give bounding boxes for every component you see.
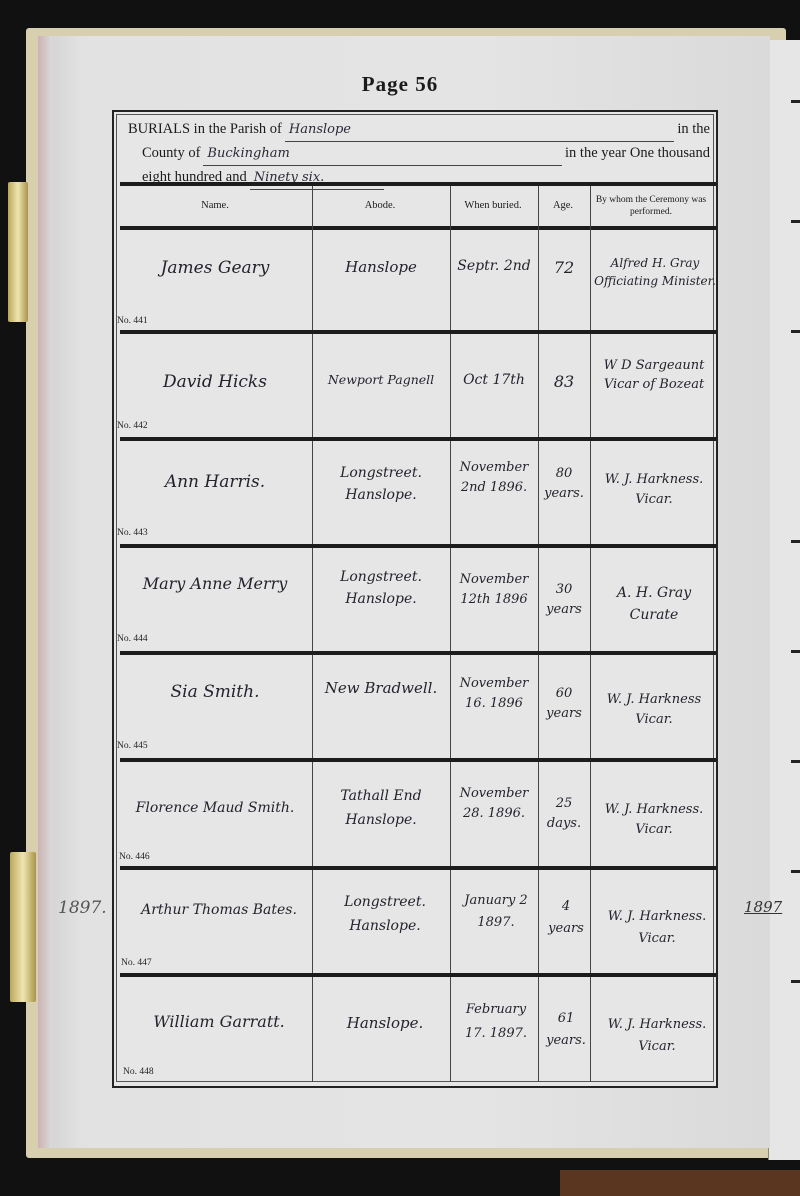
entry-name: Florence Maud Smith. <box>118 800 312 816</box>
row-rule <box>120 973 716 977</box>
column-divider <box>538 186 539 1082</box>
entry-age: 61 years. <box>542 1008 590 1052</box>
entry-when-buried: January 2 1897. <box>454 890 538 934</box>
header-suffix-1: in the <box>677 118 710 140</box>
column-header-name: Name. <box>118 186 312 226</box>
entry-officiant: Alfred H. Gray Officiating Minister. <box>592 254 718 290</box>
entry-name: Ann Harris. <box>122 472 308 492</box>
entry-when-buried: November 2nd 1896. <box>452 458 536 498</box>
entry-officiant: A. H. Gray Curate <box>594 582 714 626</box>
entry-number: No. 444 <box>117 634 148 644</box>
entry-number: No. 447 <box>121 958 152 968</box>
entry-number: No. 445 <box>117 741 148 751</box>
entry-age: 60 years <box>540 684 588 724</box>
entry-abode: Longstreet. Hanslope. <box>316 566 446 610</box>
entry-abode: Tathall End Hanslope. <box>316 784 446 832</box>
entry-name: Sia Smith. <box>122 682 308 702</box>
entry-when-buried: Septr. 2nd <box>452 258 536 274</box>
header-parish-label: BURIALS in the Parish of <box>128 118 282 140</box>
binding-tab-top <box>8 182 28 322</box>
entry-age: 30 years <box>540 580 588 620</box>
register-header: BURIALS in the Parish of Hanslope in the… <box>128 118 710 190</box>
entry-officiant: W. J. Harkness Vicar. <box>594 690 714 730</box>
entry-when-buried: November 16. 1896 <box>452 674 536 714</box>
row-rule <box>120 651 716 655</box>
entry-abode: Longstreet. Hanslope. <box>320 890 450 938</box>
entry-abode: New Bradwell. <box>316 676 446 700</box>
entry-name: William Garratt. <box>122 1012 316 1031</box>
entry-number: No. 448 <box>123 1067 154 1077</box>
entry-officiant: W. J. Harkness. Vicar. <box>596 906 718 950</box>
entry-when-buried: November 12th 1896 <box>452 570 536 610</box>
entry-name: Arthur Thomas Bates. <box>122 902 316 918</box>
entry-abode: Longstreet. Hanslope. <box>316 462 446 506</box>
entry-number: No. 441 <box>117 316 148 326</box>
row-rule <box>120 544 716 548</box>
table-surface <box>560 1170 800 1196</box>
margin-note-year-left: 1897. <box>58 898 107 918</box>
entry-name: David Hicks <box>122 372 308 392</box>
parish-field: Hanslope <box>285 119 675 142</box>
entry-number: No. 442 <box>117 421 148 431</box>
column-divider <box>450 186 451 1082</box>
entry-officiant: W. J. Harkness. Vicar. <box>594 800 714 840</box>
binding-tab-bottom <box>10 852 36 1002</box>
entry-officiant: W. J. Harkness. Vicar. <box>594 470 714 510</box>
column-header-rule <box>120 226 716 230</box>
entry-name: Mary Anne Merry <box>122 574 308 593</box>
entry-age: 4 years <box>542 896 590 940</box>
entry-abode: Hanslope <box>316 258 446 276</box>
header-county-label: County of <box>142 142 200 164</box>
page-title: Page 56 <box>0 72 800 97</box>
column-divider <box>590 186 591 1082</box>
header-suffix-2: in the year One thousand <box>565 142 710 164</box>
entry-abode: Hanslope. <box>320 1014 450 1032</box>
entry-age: 25 days. <box>540 794 588 834</box>
row-rule <box>120 437 716 441</box>
column-header-abode: Abode. <box>312 186 448 226</box>
entry-officiant: W D Sargeaunt Vicar of Bozeat <box>594 356 714 394</box>
row-rule <box>120 866 716 870</box>
next-page-edge <box>768 40 800 1160</box>
column-header-age: Age. <box>538 186 588 226</box>
entry-when-buried: November 28. 1896. <box>452 784 536 824</box>
page-binding-shadow <box>38 36 52 1148</box>
entry-age: 80 years. <box>540 464 588 504</box>
column-header-officiant: By whom the Ceremony was performed. <box>588 186 714 226</box>
entry-number: No. 446 <box>119 852 150 862</box>
row-rule <box>120 758 716 762</box>
county-field: Buckingham <box>203 143 562 166</box>
entry-when-buried: February 17. 1897. <box>454 998 538 1046</box>
column-header-when-buried: When buried. <box>448 186 538 226</box>
entry-age: 83 <box>540 372 588 391</box>
margin-note-year-right: 1897 <box>744 898 782 916</box>
entry-name: James Geary <box>122 258 308 278</box>
row-rule <box>120 330 716 334</box>
entry-number: No. 443 <box>117 528 148 538</box>
entry-age: 72 <box>540 258 588 277</box>
column-divider <box>312 186 313 1082</box>
entry-officiant: W. J. Harkness. Vicar. <box>596 1014 718 1058</box>
entry-abode: Newport Pagnell <box>316 372 446 387</box>
entry-when-buried: Oct 17th <box>452 372 536 388</box>
